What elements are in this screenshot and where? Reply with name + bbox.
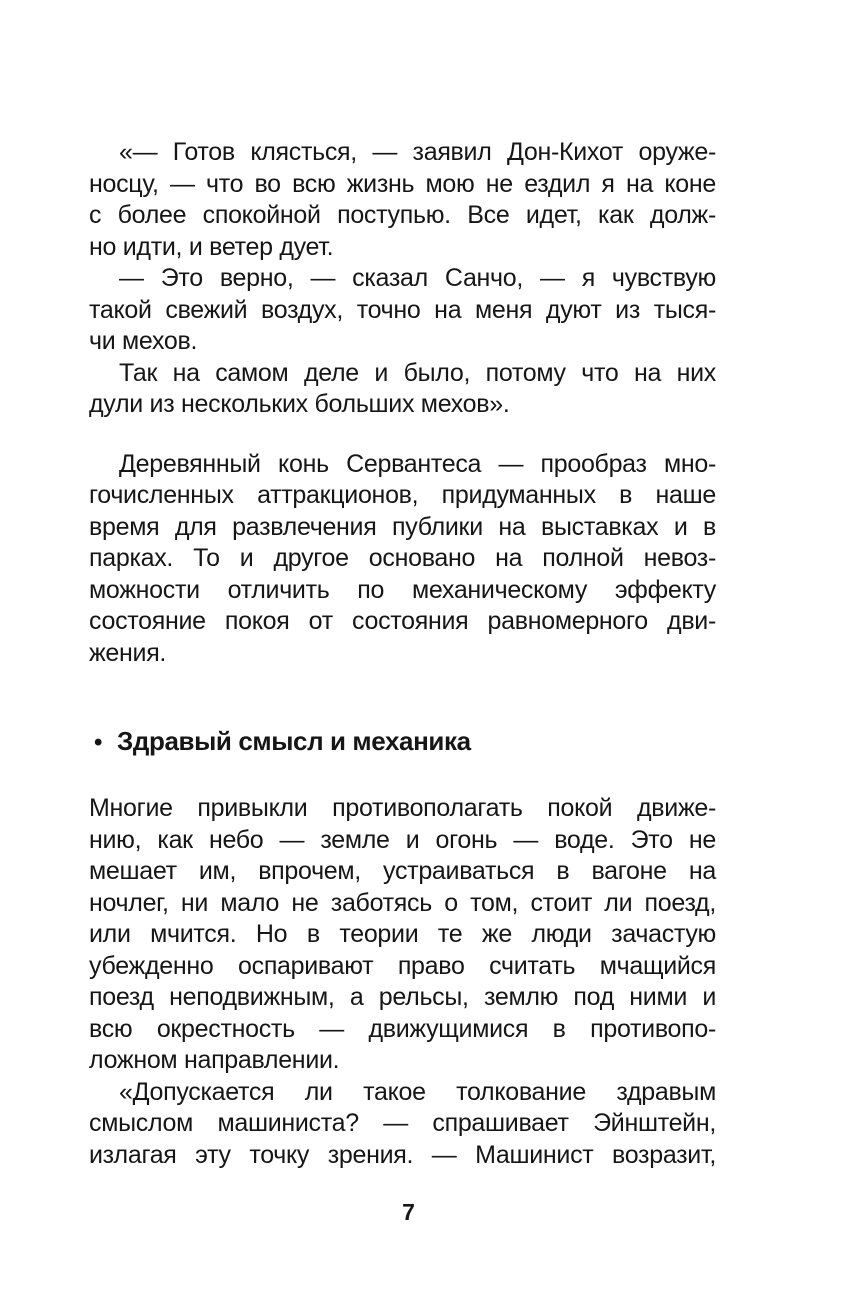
paragraph-line: такой свежий воздух, точно на меня дуют …	[89, 295, 716, 327]
paragraph-line: с более спокойной поступью. Все идет, ка…	[89, 200, 716, 232]
paragraph-line: Деревянный конь Сервантеса — прообраз мн…	[89, 449, 716, 481]
page-number: 7	[89, 1199, 716, 1226]
paragraph-line: или мчится. Но в теории те же люди зачас…	[89, 919, 716, 951]
paragraph-line: дули из нескольких больших мехов».	[89, 389, 716, 421]
paragraph-line: гочисленных аттракционов, придуманных в …	[89, 480, 716, 512]
paragraph: «— Готов клясться, — заявил Дон-Кихот ор…	[89, 137, 716, 263]
paragraph-line: носцу, — что во всю жизнь мою не ездил я…	[89, 169, 716, 201]
paragraph-line: нию, как небо — земле и огонь — воде. Эт…	[89, 825, 716, 857]
paragraph-line: поезд неподвижным, а рельсы, землю под н…	[89, 982, 716, 1014]
paragraph-line: — Это верно, — сказал Санчо, — я чувству…	[89, 263, 716, 295]
paragraph-line: всю окрестность — движущимися в противоп…	[89, 1014, 716, 1046]
book-page: «— Готов клясться, — заявил Дон-Кихот ор…	[0, 0, 844, 1311]
paragraph: Многие привыкли противополагать покой дв…	[89, 793, 716, 1077]
paragraph-line: Многие привыкли противополагать покой дв…	[89, 793, 716, 825]
paragraph-line: излагая эту точку зрения. — Машинист воз…	[89, 1140, 716, 1172]
paragraph-line: жения.	[89, 638, 716, 670]
section-heading: •Здравый смысл и механика	[89, 724, 716, 760]
text-block: «— Готов клясться, — заявил Дон-Кихот ор…	[89, 137, 716, 1171]
paragraph-line: мешает им, впрочем, устраиваться в вагон…	[89, 856, 716, 888]
paragraph: «Допускается ли такое толкование здравым…	[89, 1077, 716, 1172]
paragraph: Так на самом деле и было, потому что на …	[89, 358, 716, 421]
paragraph-line: ложном направлении.	[89, 1045, 716, 1077]
paragraph-line: состояние покоя от состояния равномерног…	[89, 606, 716, 638]
paragraph-line: время для развлечения публики на выставк…	[89, 512, 716, 544]
bullet-icon: •	[94, 726, 117, 760]
paragraph-line: но идти, и ветер дует.	[89, 232, 716, 264]
paragraph-line: смыслом машиниста? — спрашивает Эйнштейн…	[89, 1108, 716, 1140]
paragraph-line: «— Готов клясться, — заявил Дон-Кихот ор…	[89, 137, 716, 169]
paragraph-line: парках. То и другое основано на полной н…	[89, 543, 716, 575]
paragraph-line: чи мехов.	[89, 326, 716, 358]
paragraph: — Это верно, — сказал Санчо, — я чувству…	[89, 263, 716, 358]
paragraph: Деревянный конь Сервантеса — прообраз мн…	[89, 449, 716, 670]
paragraph-line: убежденно оспаривают право считать мчащи…	[89, 951, 716, 983]
paragraph-line: Так на самом деле и было, потому что на …	[89, 358, 716, 390]
paragraph-line: можности отличить по механическому эффек…	[89, 575, 716, 607]
paragraph-line: «Допускается ли такое толкование здравым	[89, 1077, 716, 1109]
paragraph-line: ночлег, ни мало не заботясь о том, стоит…	[89, 888, 716, 920]
section-heading-text: Здравый смысл и механика	[117, 724, 471, 758]
